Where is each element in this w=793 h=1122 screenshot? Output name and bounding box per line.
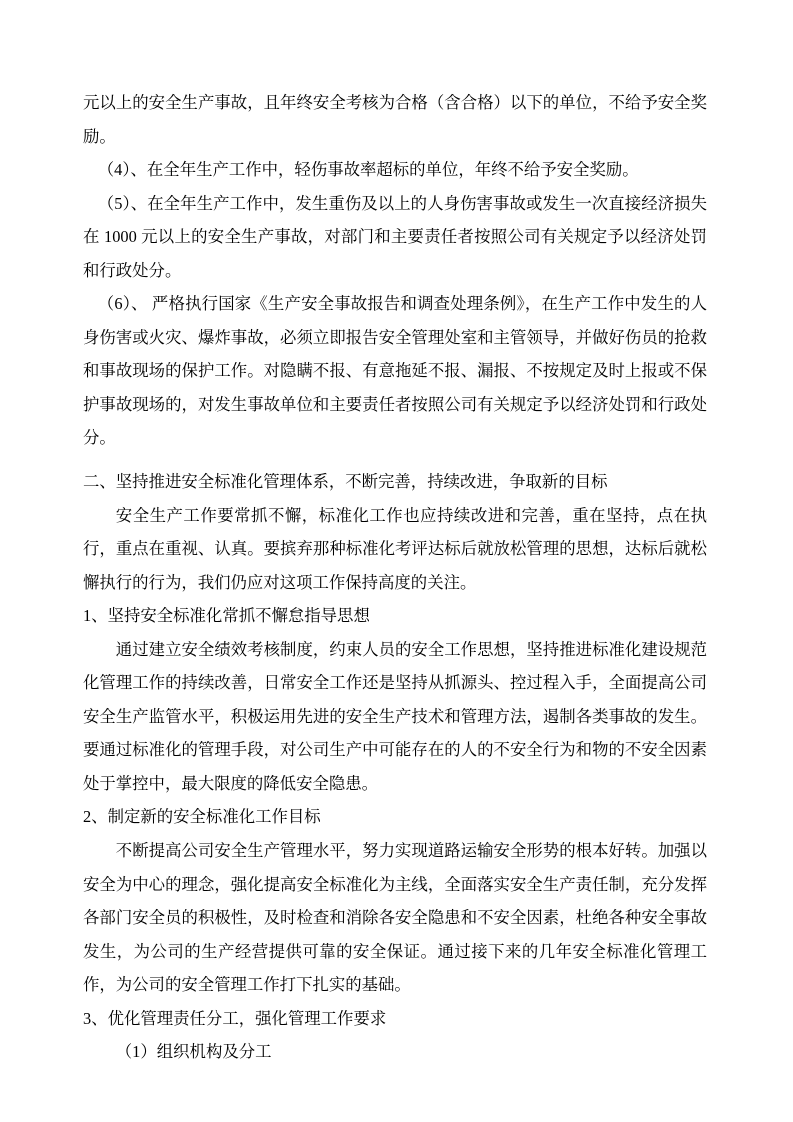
paragraph-item-4: （4）、在全年生产工作中，轻伤事故率超标的单位，年终不给予安全奖励。 bbox=[83, 153, 707, 187]
paragraph-sub-item-1: （1）组织机构及分工 bbox=[83, 1035, 707, 1069]
paragraph-item-5: （5）、在全年生产工作中，发生重伤及以上的人身伤害事故或发生一次直接经济损失在 … bbox=[83, 187, 707, 288]
sub-heading-1: 1、坚持安全标准化常抓不懈怠指导思想 bbox=[83, 599, 707, 633]
sub-heading-3: 3、优化管理责任分工，强化管理工作要求 bbox=[83, 1002, 707, 1036]
paragraph: 不断提高公司安全生产管理水平，努力实现道路运输安全形势的根本好转。加强以安全为中… bbox=[83, 834, 707, 1002]
paragraph-item-6: （6）、 严格执行国家《生产安全事故报告和调查处理条例》，在生产工作中发生的人身… bbox=[83, 287, 707, 455]
paragraph: 通过建立安全绩效考核制度，约束人员的安全工作思想，坚持推进标准化建设规范化管理工… bbox=[83, 633, 707, 801]
section-heading: 二、坚持推进安全标准化管理体系，不断完善，持续改进，争取新的目标 bbox=[83, 465, 707, 499]
document-page: 元以上的安全生产事故，且年终安全考核为合格（含合格）以下的单位，不给予安全奖励。… bbox=[0, 0, 793, 1122]
paragraph-continuation: 元以上的安全生产事故，且年终安全考核为合格（含合格）以下的单位，不给予安全奖励。 bbox=[83, 86, 707, 153]
paragraph: 安全生产工作要常抓不懈，标准化工作也应持续改进和完善，重在坚持，点在执行，重点在… bbox=[83, 499, 707, 600]
sub-heading-2: 2、制定新的安全标准化工作目标 bbox=[83, 800, 707, 834]
